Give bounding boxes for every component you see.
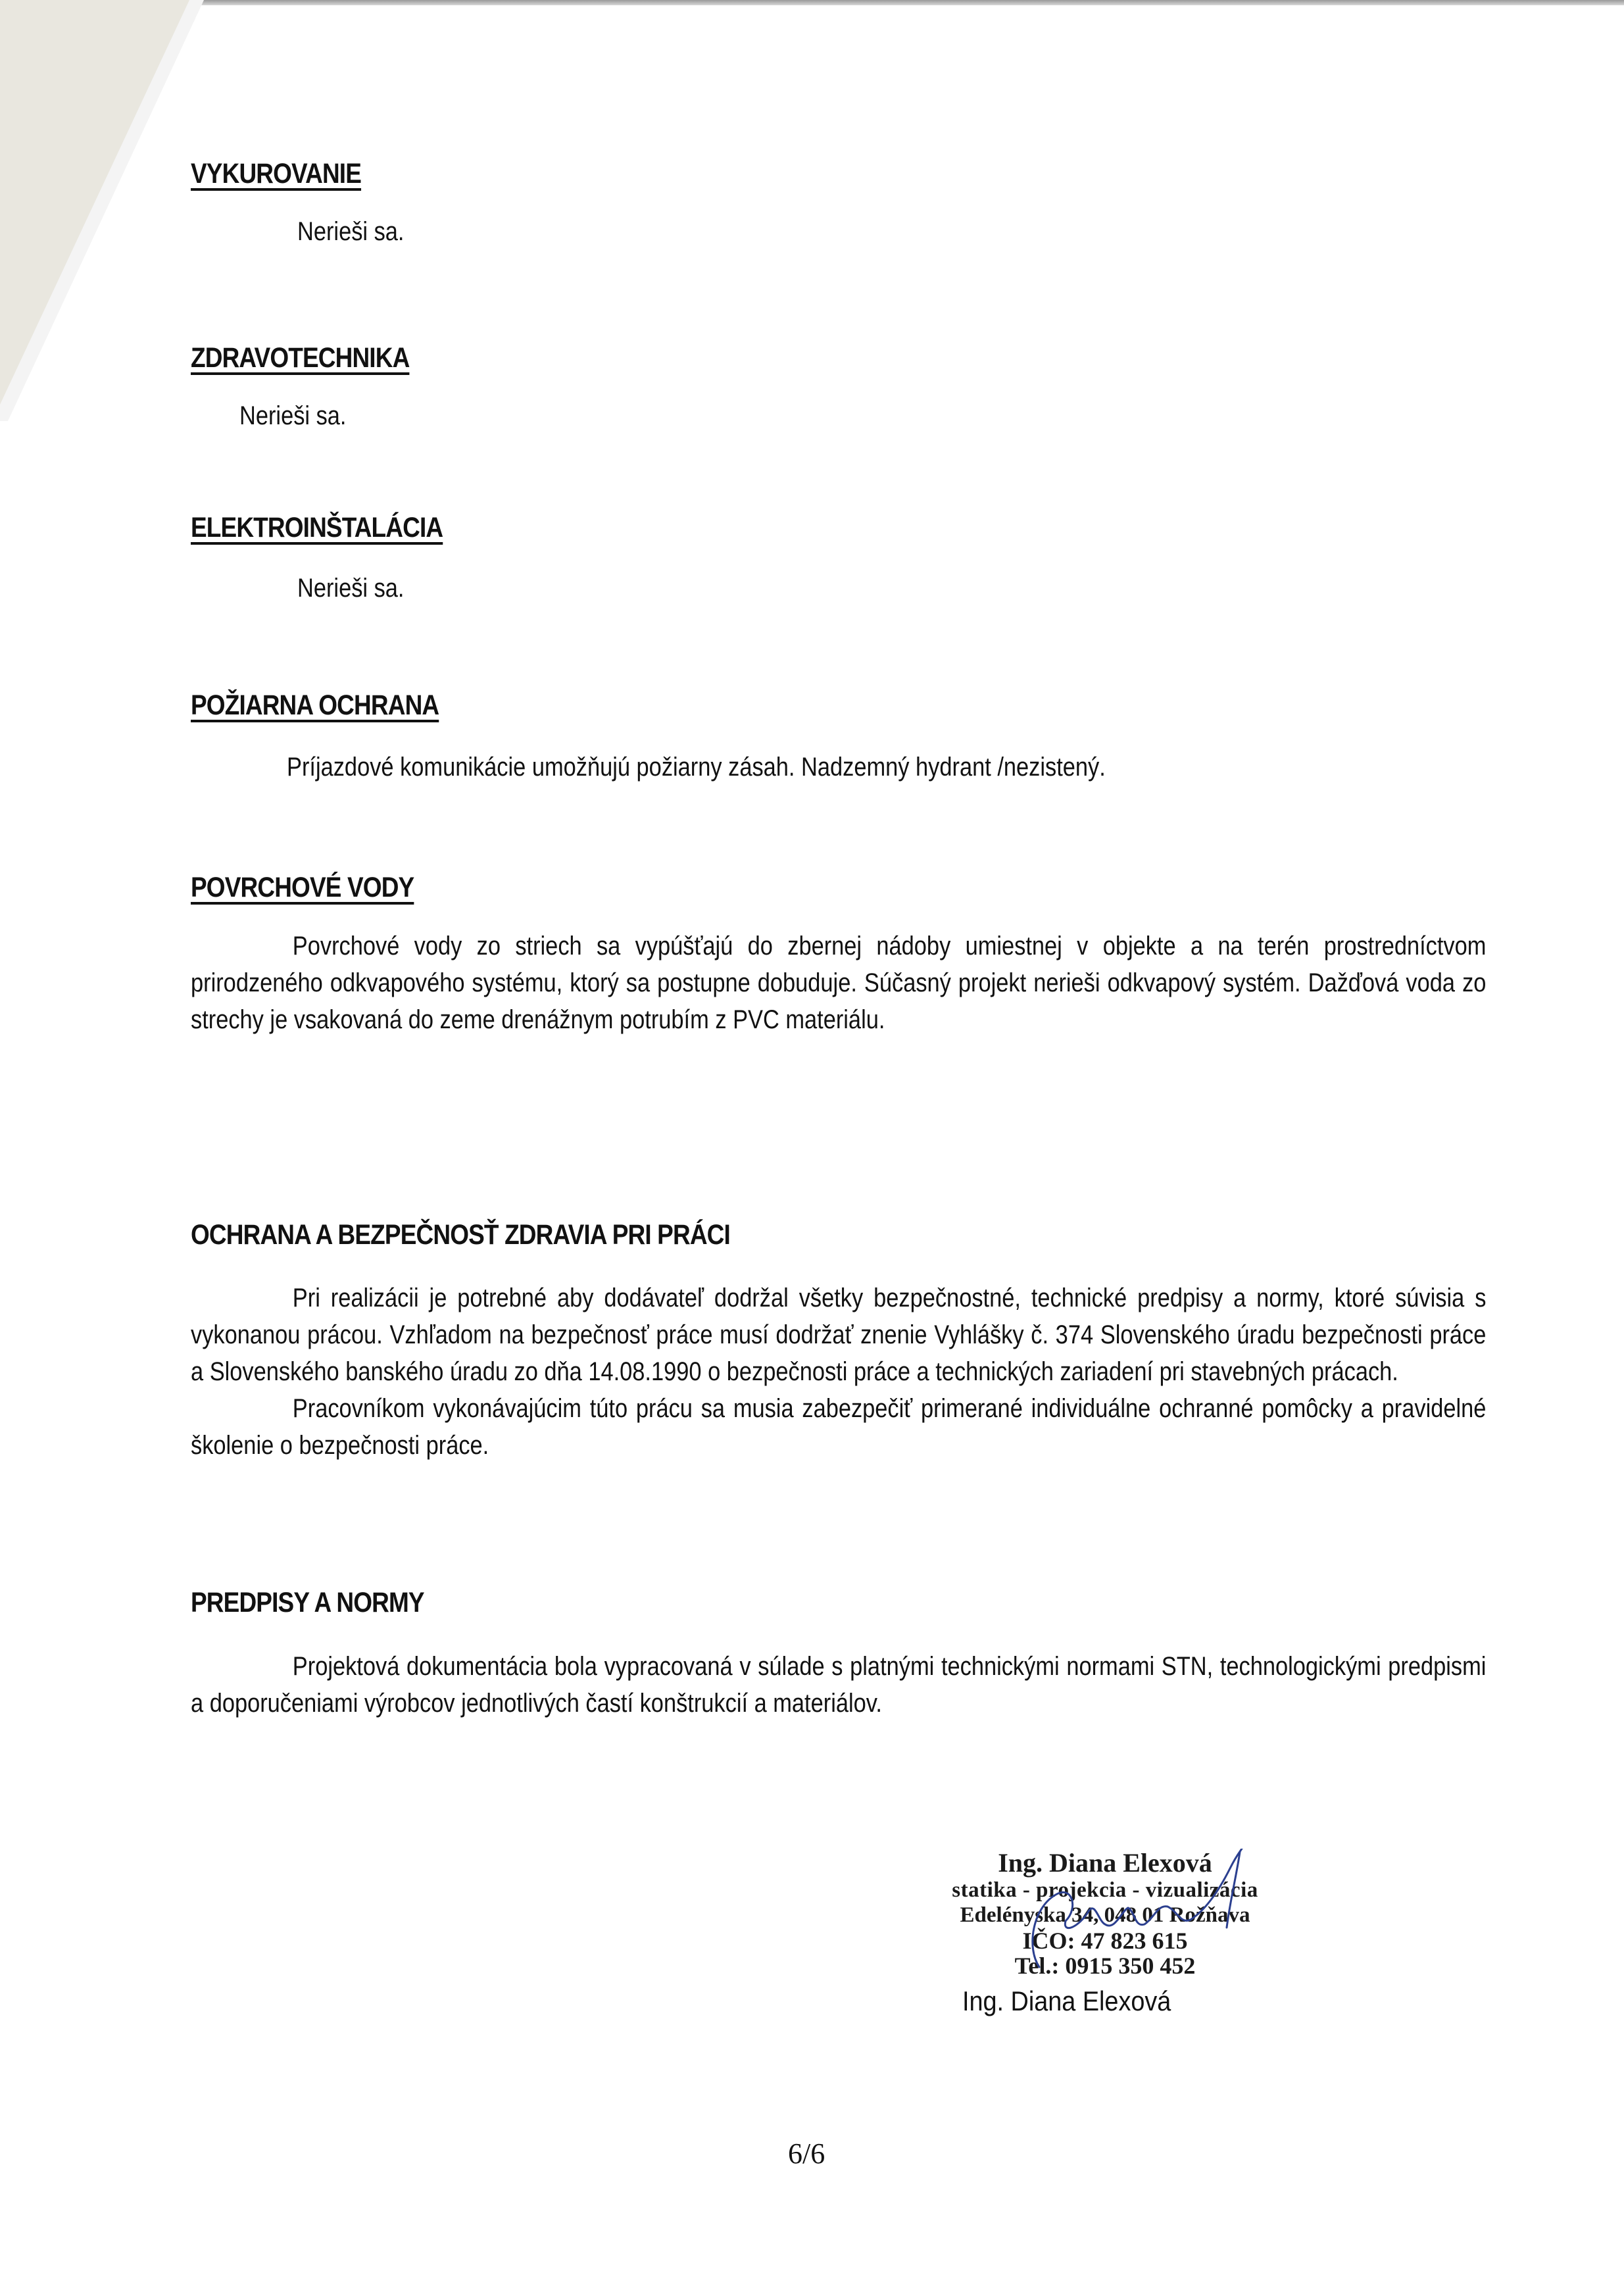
heading-zdravotechnika: ZDRAVOTECHNIKA <box>191 342 409 374</box>
handwritten-signature <box>1000 1849 1276 1980</box>
heading-vykurovanie: VYKUROVANIE <box>191 158 361 190</box>
heading-predpisy-normy: PREDPISY A NORMY <box>191 1587 424 1619</box>
paragraph-bozp-1: Pri realizácii je potrebné aby dodávateľ… <box>191 1280 1486 1390</box>
heading-elektroinstalacia: ELEKTROINŠTALÁCIA <box>191 512 443 544</box>
scan-border-top <box>0 0 1624 5</box>
body-vykurovanie: Nerieši sa. <box>297 217 404 247</box>
body-povrchove-vody-text: Povrchové vody zo striech sa vypúšťajú d… <box>191 932 1486 1034</box>
body-predpisy-normy-text: Projektová dokumentácia bola vypracovaná… <box>191 1652 1486 1718</box>
paragraph-bozp-2-text: Pracovníkom vykonávajúcim túto prácu sa … <box>191 1394 1486 1460</box>
heading-ochrana-bozp: OCHRANA A BEZPEČNOSŤ ZDRAVIA PRI PRÁCI <box>191 1219 730 1251</box>
body-zdravotechnika: Nerieši sa. <box>239 401 346 431</box>
body-povrchove-vody: Povrchové vody zo striech sa vypúšťajú d… <box>191 928 1486 1038</box>
body-predpisy-normy: Projektová dokumentácia bola vypracovaná… <box>191 1648 1486 1722</box>
paragraph-bozp-2: Pracovníkom vykonávajúcim túto prácu sa … <box>191 1390 1486 1464</box>
body-elektroinstalacia: Nerieši sa. <box>297 574 404 603</box>
paragraph-bozp-1-text: Pri realizácii je potrebné aby dodávateľ… <box>191 1284 1486 1386</box>
page-number: 6/6 <box>788 2137 825 2170</box>
body-poziarna-ochrana: Príjazdové komunikácie umožňujú požiarny… <box>287 753 1106 782</box>
heading-poziarna-ochrana: POŽIARNA OCHRANA <box>191 689 439 722</box>
signatory-name: Ing. Diana Elexová <box>962 1985 1171 2017</box>
heading-povrchove-vody: POVRCHOVÉ VODY <box>191 872 414 904</box>
body-ochrana-bozp: Pri realizácii je potrebné aby dodávateľ… <box>191 1280 1486 1464</box>
